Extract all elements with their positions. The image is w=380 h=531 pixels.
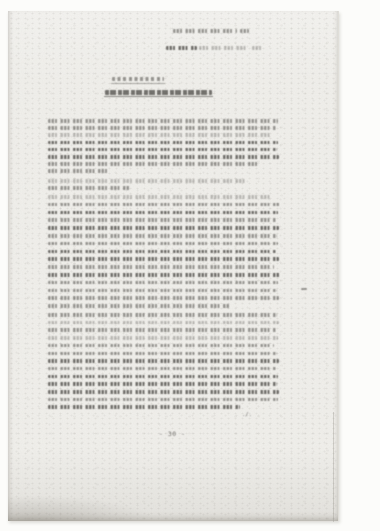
reference-line [166, 46, 197, 50]
heading-letterspaced-underlined [112, 77, 164, 81]
reference-line [199, 46, 249, 50]
paragraph-4-line-8 [48, 367, 276, 371]
paragraph-4-line-3 [48, 328, 276, 332]
paragraph-1-line-8 [48, 169, 110, 173]
scanned-document: ./. - 30 - [0, 0, 380, 531]
paragraph-3-line-7 [48, 242, 278, 246]
paragraph-4-line-1 [48, 313, 277, 317]
paragraph-4-line-4 [48, 336, 278, 340]
paragraph-2-line-2 [48, 186, 130, 190]
paragraph-3-line-4 [48, 218, 276, 222]
paragraph-1-line-5 [48, 148, 277, 152]
margin-tick-mark [301, 288, 307, 290]
paragraph-3-line-11 [48, 273, 280, 277]
text-layer: ./. - 30 - [0, 0, 380, 531]
paragraph-3-line-13 [48, 289, 277, 293]
paragraph-4-line-11 [48, 390, 279, 394]
paragraph-4-line-13 [48, 405, 240, 409]
paragraph-3-line-2 [48, 203, 280, 207]
paragraph-1-line-2 [48, 126, 276, 130]
date-line [240, 29, 249, 33]
paragraph-3-line-15 [48, 304, 230, 308]
heading-bold-underlined [105, 90, 212, 95]
paragraph-1-line-3 [48, 133, 272, 137]
paragraph-2-line-1 [48, 179, 246, 183]
date-line [173, 29, 237, 33]
paragraph-3-line-6 [48, 234, 277, 238]
paragraph-1-line-1 [48, 119, 278, 123]
paragraph-4-line-2 [48, 321, 279, 325]
paragraph-4-line-10 [48, 382, 277, 386]
page-number: - 30 - [159, 431, 185, 438]
reference-line [252, 46, 263, 50]
paragraph-4-line-12 [48, 398, 278, 402]
paragraph-3-line-3 [48, 211, 278, 215]
paragraph-3-line-14 [48, 296, 279, 300]
continuation-mark: ./. [242, 413, 252, 419]
paragraph-4-line-5 [48, 344, 274, 348]
paragraph-3-line-9 [48, 257, 279, 261]
paragraph-4-line-6 [48, 352, 277, 356]
paragraph-4-line-7 [48, 359, 279, 363]
paragraph-3-line-5 [48, 226, 279, 230]
paragraph-1-line-4 [48, 141, 278, 145]
paragraph-4-line-9 [48, 375, 278, 379]
paragraph-3-line-10 [48, 265, 274, 269]
paragraph-3-line-1 [48, 195, 273, 199]
paragraph-3-line-12 [48, 281, 278, 285]
paragraph-1-line-6 [48, 155, 279, 159]
paragraph-1-line-7 [48, 162, 260, 166]
paragraph-3-line-8 [48, 250, 276, 254]
